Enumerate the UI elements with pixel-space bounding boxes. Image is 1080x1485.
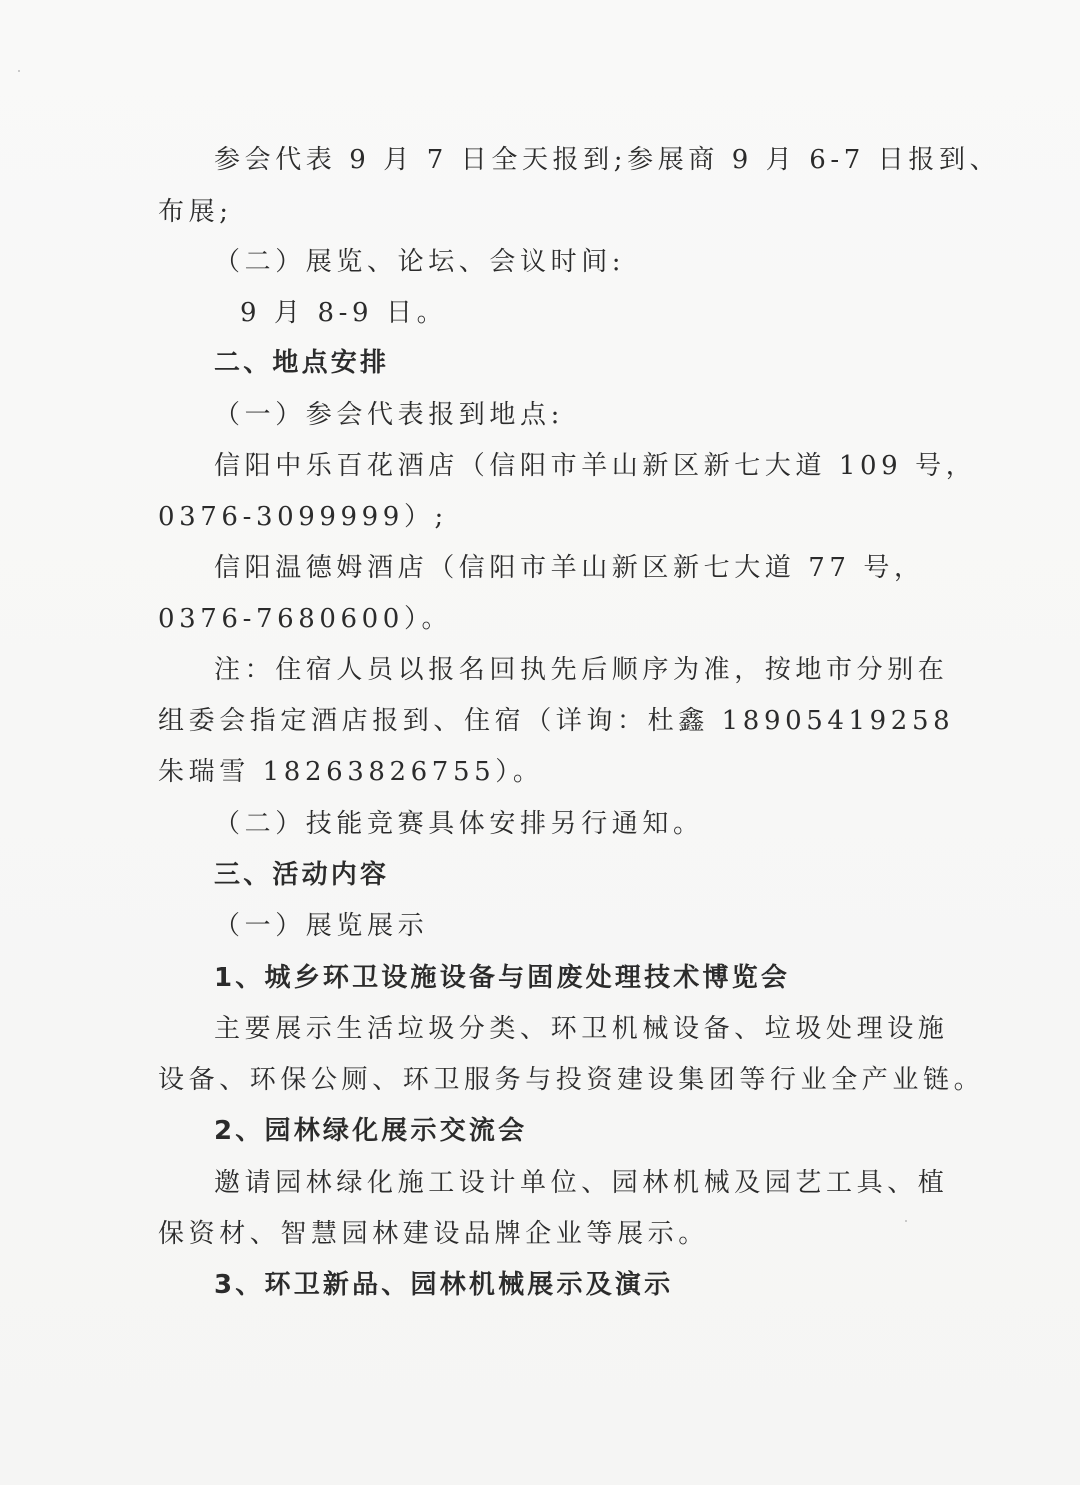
document-line: 保资材、智慧园林建设品牌企业等展示。 [158, 1216, 709, 1252]
document-line: 朱瑞雪 18263826755）。 [158, 754, 543, 790]
scan-speck [18, 70, 20, 72]
document-line: 布展; [158, 194, 233, 230]
document-line: （二）技能竞赛具体安排另行通知。 [214, 806, 704, 842]
section-heading: 二、地点安排 [214, 345, 389, 381]
document-line: 9 月 8-9 日。 [240, 295, 447, 331]
document-line: 注：住宿人员以报名回执先后顺序为准，按地市分别在 [214, 652, 948, 688]
section-heading: 1、城乡环卫设施设备与固废处理技术博览会 [214, 960, 790, 996]
document-line: 信阳中乐百花酒店（信阳市羊山新区新七大道 109 号， [214, 448, 976, 484]
section-heading: 3、环卫新品、园林机械展示及演示 [214, 1267, 673, 1303]
document-line: 主要展示生活垃圾分类、环卫机械设备、垃圾处理设施 [214, 1011, 948, 1047]
section-heading: 三、活动内容 [214, 857, 389, 893]
document-line: 组委会指定酒店报到、住宿（详询：杜鑫 18905419258 [158, 703, 954, 739]
scanned-document-page: 参会代表 9 月 7 日全天报到;参展商 9 月 6-7 日报到、布展;（二）展… [0, 0, 1080, 1485]
document-line: 0376-7680600）。 [158, 601, 452, 637]
document-line: 参会代表 9 月 7 日全天报到;参展商 9 月 6-7 日报到、 [214, 142, 1000, 178]
document-line: （一）参会代表报到地点: [214, 397, 564, 433]
document-line: 信阳温德姆酒店（信阳市羊山新区新七大道 77 号， [214, 550, 925, 586]
section-heading: 2、园林绿化展示交流会 [214, 1113, 527, 1149]
scan-speck [905, 1220, 907, 1222]
document-line: （一）展览展示 [214, 908, 428, 944]
document-line: 邀请园林绿化施工设计单位、园林机械及园艺工具、植 [214, 1165, 948, 1201]
document-line: （二）展览、论坛、会议时间: [214, 244, 625, 280]
document-line: 0376-3099999）; [158, 499, 448, 535]
document-line: 设备、环保公厕、环卫服务与投资建设集团等行业全产业链。 [158, 1062, 984, 1098]
